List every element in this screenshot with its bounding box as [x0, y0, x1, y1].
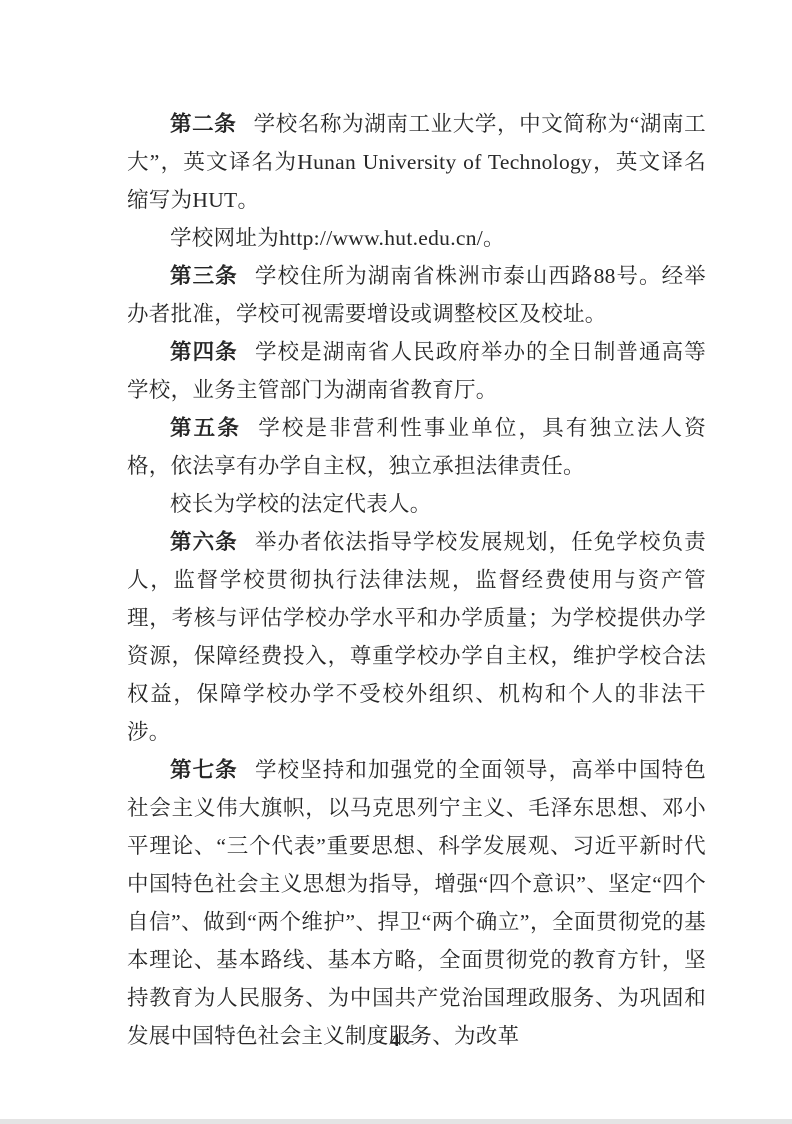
article-label: 第二条 — [170, 112, 236, 136]
page-number: - 4 - — [0, 1030, 792, 1051]
article-label: 第四条 — [170, 340, 238, 364]
paragraph: 第三条学校住所为湖南省株洲市泰山西路88号。经举办者批准，学校可视需要增设或调整… — [127, 257, 706, 333]
article-label: 第三条 — [170, 264, 238, 288]
paragraph-text: 学校坚持和加强党的全面领导，高举中国特色社会主义伟大旗帜，以马克思列宁主义、毛泽… — [127, 758, 706, 1048]
paragraph: 学校网址为http://www.hut.edu.cn/。 — [127, 219, 706, 257]
paragraph: 第五条学校是非营利性事业单位，具有独立法人资格，依法享有办学自主权，独立承担法律… — [127, 409, 706, 485]
article-label: 第五条 — [170, 416, 241, 440]
paragraph-text: 校长为学校的法定代表人。 — [170, 492, 432, 516]
paragraph: 第六条举办者依法指导学校发展规划，任免学校负责人，监督学校贯彻执行法律法规，监督… — [127, 523, 706, 751]
paragraph: 第七条学校坚持和加强党的全面领导，高举中国特色社会主义伟大旗帜，以马克思列宁主义… — [127, 751, 706, 1055]
document-page: 第二条学校名称为湖南工业大学，中文简称为“湖南工大”，英文译名为Hunan Un… — [0, 0, 792, 1124]
paragraph-text: 举办者依法指导学校发展规划，任免学校负责人，监督学校贯彻执行法律法规，监督经费使… — [127, 530, 706, 744]
article-label: 第七条 — [170, 758, 238, 782]
document-body: 第二条学校名称为湖南工业大学，中文简称为“湖南工大”，英文译名为Hunan Un… — [127, 105, 706, 1055]
scan-edge — [0, 1119, 792, 1124]
paragraph: 第四条学校是湖南省人民政府举办的全日制普通高等学校，业务主管部门为湖南省教育厅。 — [127, 333, 706, 409]
paragraph-text: 学校网址为http://www.hut.edu.cn/。 — [170, 226, 505, 250]
paragraph: 校长为学校的法定代表人。 — [127, 485, 706, 523]
paragraph: 第二条学校名称为湖南工业大学，中文简称为“湖南工大”，英文译名为Hunan Un… — [127, 105, 706, 219]
article-label: 第六条 — [170, 530, 238, 554]
